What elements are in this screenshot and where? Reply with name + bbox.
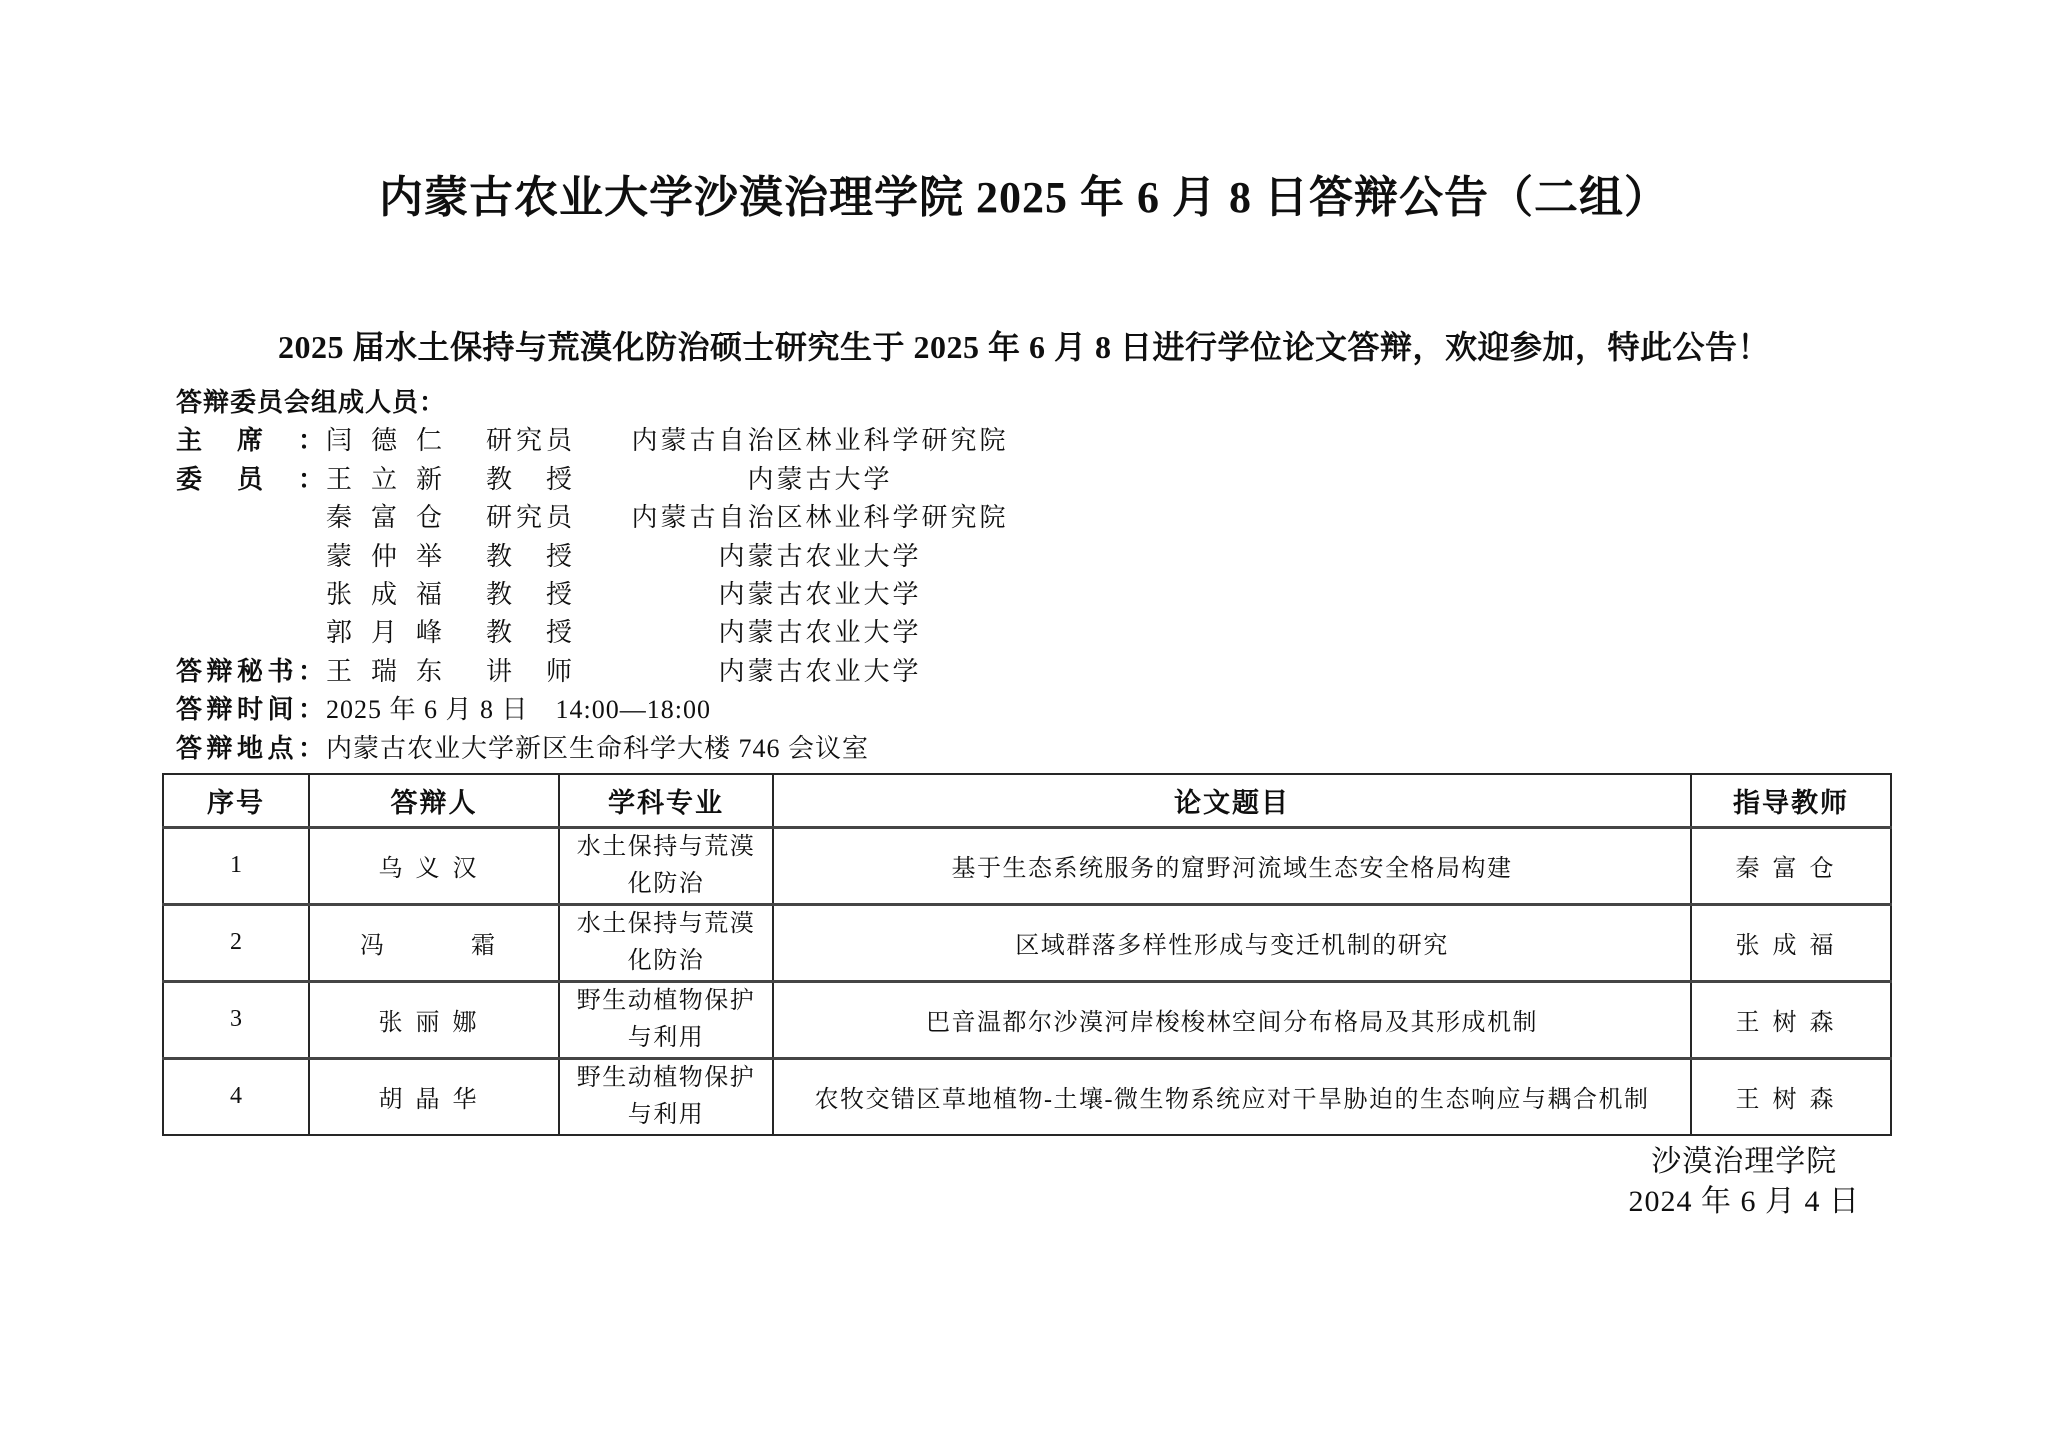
cell-major: 水土保持与荒漠 化防治	[559, 827, 773, 904]
defense-place-label: 答辩地点：	[176, 730, 324, 768]
member-title: 教 授	[486, 461, 620, 499]
cell-thesis: 农牧交错区草地植物-土壤-微生物系统应对干旱胁迫的生态响应与耦合机制	[773, 1058, 1691, 1135]
member-org: 内蒙古农业大学	[620, 576, 1020, 614]
cell-no: 3	[163, 981, 309, 1058]
committee-row-member: 张成福教 授内蒙古农业大学	[176, 576, 2048, 614]
member-title: 教 授	[486, 538, 620, 576]
header-no: 序号	[163, 774, 309, 827]
defense-place-row: 答辩地点：内蒙古农业大学新区生命科学大楼 746 会议室	[176, 730, 2048, 768]
header-advisor: 指导教师	[1691, 774, 1891, 827]
signature-block: 沙漠治理学院 2024 年 6 月 4 日	[162, 1142, 1890, 1222]
cell-advisor: 张成福	[1691, 904, 1891, 981]
member-title: 研究员	[486, 422, 620, 460]
member-title: 研究员	[486, 499, 620, 537]
document-page: 内蒙古农业大学沙漠治理学院 2025 年 6 月 8 日答辩公告（二组） 202…	[0, 0, 2048, 1448]
member-name: 张成福	[326, 576, 486, 614]
cell-no: 1	[163, 827, 309, 904]
committee-row-member: 蒙仲举教 授内蒙古农业大学	[176, 538, 2048, 576]
signature-org: 沙漠治理学院	[1629, 1142, 1861, 1182]
member-name: 秦富仓	[326, 499, 486, 537]
committee-row-member: 委员：王立新教 授内蒙古大学	[176, 461, 2048, 499]
defense-place-value: 内蒙古农业大学新区生命科学大楼 746 会议室	[326, 734, 869, 763]
cell-advisor: 王树森	[1691, 1058, 1891, 1135]
member-org: 内蒙古自治区林业科学研究院	[620, 422, 1020, 460]
member-name: 蒙仲举	[326, 538, 486, 576]
table-row: 3 张丽娜 野生动植物保护 与利用 巴音温都尔沙漠河岸梭梭林空间分布格局及其形成…	[163, 981, 1891, 1058]
member-name: 王立新	[326, 461, 486, 499]
table-header-row: 序号 答辩人 学科专业 论文题目 指导教师	[163, 774, 1891, 827]
defense-time-value: 2025 年 6 月 8 日 14:00—18:00	[326, 695, 711, 724]
committee-section: 答辩委员会组成人员： 主席：闫德仁研究员内蒙古自治区林业科学研究院 委员：王立新…	[176, 384, 2048, 768]
cell-student: 乌义汉	[309, 827, 559, 904]
committee-heading: 答辩委员会组成人员：	[176, 384, 2048, 422]
member-role-label: 答辩秘书：	[176, 653, 324, 691]
cell-thesis: 区域群落多样性形成与变迁机制的研究	[773, 904, 1691, 981]
table-row: 4 胡晶华 野生动植物保护 与利用 农牧交错区草地植物-土壤-微生物系统应对干旱…	[163, 1058, 1891, 1135]
defense-time-row: 答辩时间：2025 年 6 月 8 日 14:00—18:00	[176, 691, 2048, 729]
committee-row-secretary: 答辩秘书：王瑞东讲 师内蒙古农业大学	[176, 653, 2048, 691]
cell-major: 野生动植物保护 与利用	[559, 981, 773, 1058]
member-org: 内蒙古农业大学	[620, 614, 1020, 652]
member-title: 教 授	[486, 614, 620, 652]
defense-time-label: 答辩时间：	[176, 691, 324, 729]
cell-thesis: 基于生态系统服务的窟野河流域生态安全格局构建	[773, 827, 1691, 904]
member-name: 闫德仁	[326, 422, 486, 460]
cell-major: 野生动植物保护 与利用	[559, 1058, 773, 1135]
member-name: 郭月峰	[326, 614, 486, 652]
member-org: 内蒙古农业大学	[620, 653, 1020, 691]
committee-row-member: 郭月峰教 授内蒙古农业大学	[176, 614, 2048, 652]
cell-student: 张丽娜	[309, 981, 559, 1058]
defense-schedule-table: 序号 答辩人 学科专业 论文题目 指导教师 1 乌义汉 水土保持与荒漠 化防治 …	[162, 773, 1892, 1136]
header-thesis: 论文题目	[773, 774, 1691, 827]
cell-advisor: 王树森	[1691, 981, 1891, 1058]
cell-major: 水土保持与荒漠 化防治	[559, 904, 773, 981]
table-row: 1 乌义汉 水土保持与荒漠 化防治 基于生态系统服务的窟野河流域生态安全格局构建…	[163, 827, 1891, 904]
committee-row-member: 秦富仓研究员内蒙古自治区林业科学研究院	[176, 499, 2048, 537]
cell-student: 冯 霜	[309, 904, 559, 981]
header-major: 学科专业	[559, 774, 773, 827]
member-role-label: 主席：	[176, 422, 324, 460]
member-org: 内蒙古农业大学	[620, 538, 1020, 576]
announcement-subtitle: 2025 届水土保持与荒漠化防治硕士研究生于 2025 年 6 月 8 日进行学…	[0, 324, 2048, 370]
cell-advisor: 秦富仓	[1691, 827, 1891, 904]
table-row: 2 冯 霜 水土保持与荒漠 化防治 区域群落多样性形成与变迁机制的研究 张成福	[163, 904, 1891, 981]
cell-no: 2	[163, 904, 309, 981]
member-title: 讲 师	[486, 653, 620, 691]
cell-thesis: 巴音温都尔沙漠河岸梭梭林空间分布格局及其形成机制	[773, 981, 1691, 1058]
member-role-label: 委员：	[176, 461, 324, 499]
member-org: 内蒙古自治区林业科学研究院	[620, 499, 1020, 537]
committee-row-chair: 主席：闫德仁研究员内蒙古自治区林业科学研究院	[176, 422, 2048, 460]
signature-date: 2024 年 6 月 4 日	[1629, 1182, 1861, 1222]
header-student: 答辩人	[309, 774, 559, 827]
cell-student: 胡晶华	[309, 1058, 559, 1135]
page-title: 内蒙古农业大学沙漠治理学院 2025 年 6 月 8 日答辩公告（二组）	[0, 0, 2048, 224]
member-org: 内蒙古大学	[620, 461, 1020, 499]
cell-no: 4	[163, 1058, 309, 1135]
signature-inner: 沙漠治理学院 2024 年 6 月 4 日	[1629, 1142, 1861, 1222]
member-title: 教 授	[486, 576, 620, 614]
member-name: 王瑞东	[326, 653, 486, 691]
